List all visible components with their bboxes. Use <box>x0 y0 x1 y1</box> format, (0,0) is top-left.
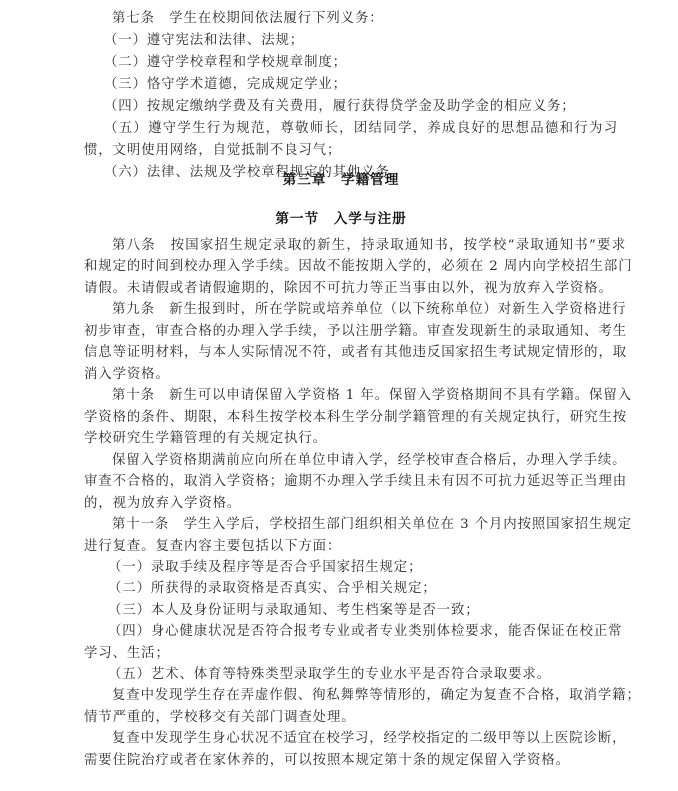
body-line: 复查中发现学生身心状况不适宜在校学习，经学校指定的二级甲等以上医院诊断， <box>84 728 626 749</box>
body-line: （四）身心健康状况是否符合报考专业或者专业类别体检要求，能否保证在校正常 <box>84 621 622 642</box>
body-line: 第十条 新生可以申请保留入学资格 1 年。保留入学资格期间不具有学籍。保留入 <box>84 385 626 406</box>
article-7-item-2: （二）遵守学校章程和学校规章制度； <box>84 52 618 73</box>
body-line: 情节严重的，学校移交有关部门调查处理。 <box>84 707 598 728</box>
body-line: （五）艺术、体育等特殊类型录取学生的专业水平是否符合录取要求。 <box>84 664 622 685</box>
article-7-item-4: （四）按规定缴纳学费及有关费用，履行获得贷学金及助学金的相应义务； <box>84 96 618 117</box>
body-line: （一）录取手续及程序等是否合乎国家招生规定； <box>84 557 622 578</box>
section-title: 第一节 入学与注册 <box>84 209 598 230</box>
body-line: 和规定的时间到校办理入学手续。因故不能按期入学的，必须在 2 周内向学校招生部门 <box>84 256 598 277</box>
body-line: 的，视为放弃入学资格。 <box>84 493 598 514</box>
body-line: 学习、生活； <box>84 643 598 664</box>
body-line: （三）本人及身份证明与录取通知、考生档案等是否一致； <box>84 600 622 621</box>
article-7-intro: 第七条 学生在校期间依法履行下列义务： <box>84 8 626 29</box>
body-line: 信息等证明材料，与本人实际情况不符，或者有其他违反国家招生考试规定情形的，取 <box>84 342 598 363</box>
body-line: 学资格的条件、期限，本科生按学校本科生学分制学籍管理的有关规定执行，研究生按 <box>84 407 598 428</box>
article-7-item-5-cont: 惯，文明使用网络，自觉抵制不良习气； <box>84 140 598 161</box>
article-7-item-3: （三）恪守学术道德，完成规定学业； <box>84 74 618 95</box>
body-line: 审查不合格的，取消入学资格；逾期不办理入学手续且未有因不可抗力延迟等正当理由 <box>84 471 598 492</box>
body-line: 需要住院治疗或者在家休养的，可以按照本规定第十条的规定保留入学资格。 <box>84 750 598 771</box>
body-line: 进行复查。复查内容主要包括以下方面： <box>84 536 598 557</box>
body-line: 第九条 新生报到时，所在学院或培养单位（以下统称单位）对新生入学资格进行 <box>84 299 626 320</box>
chapter-title: 第三章 学籍管理 <box>84 170 598 191</box>
body-line: 请假。未请假或者请假逾期的，除因不可抗力等正当事由以外，视为放弃入学资格。 <box>84 278 598 299</box>
body-line: 初步审查，审查合格的办理入学手续，予以注册学籍。审查发现新生的录取通知、考生 <box>84 321 598 342</box>
body-line: 第八条 按国家招生规定录取的新生，持录取通知书，按学校“录取通知书”要求 <box>84 235 626 256</box>
article-7-item-1: （一）遵守宪法和法律、法规； <box>84 30 618 51</box>
article-7-item-5: （五）遵守学生行为规范，尊敬师长，团结同学，养成良好的思想品德和行为习 <box>84 118 618 139</box>
body-line: 保留入学资格期满前应向所在单位申请入学，经学校审查合格后，办理入学手续。 <box>84 450 626 471</box>
body-line: 第十一条 学生入学后，学校招生部门组织相关单位在 3 个月内按照国家招生规定 <box>84 514 626 535</box>
body-line: 复查中发现学生存在弄虚作假、徇私舞弊等情形的，确定为复查不合格，取消学籍； <box>84 685 626 706</box>
body-line: 学校研究生学籍管理的有关规定执行。 <box>84 428 598 449</box>
body-line: （二）所获得的录取资格是否真实、合乎相关规定； <box>84 578 622 599</box>
body-line: 消入学资格。 <box>84 364 598 385</box>
